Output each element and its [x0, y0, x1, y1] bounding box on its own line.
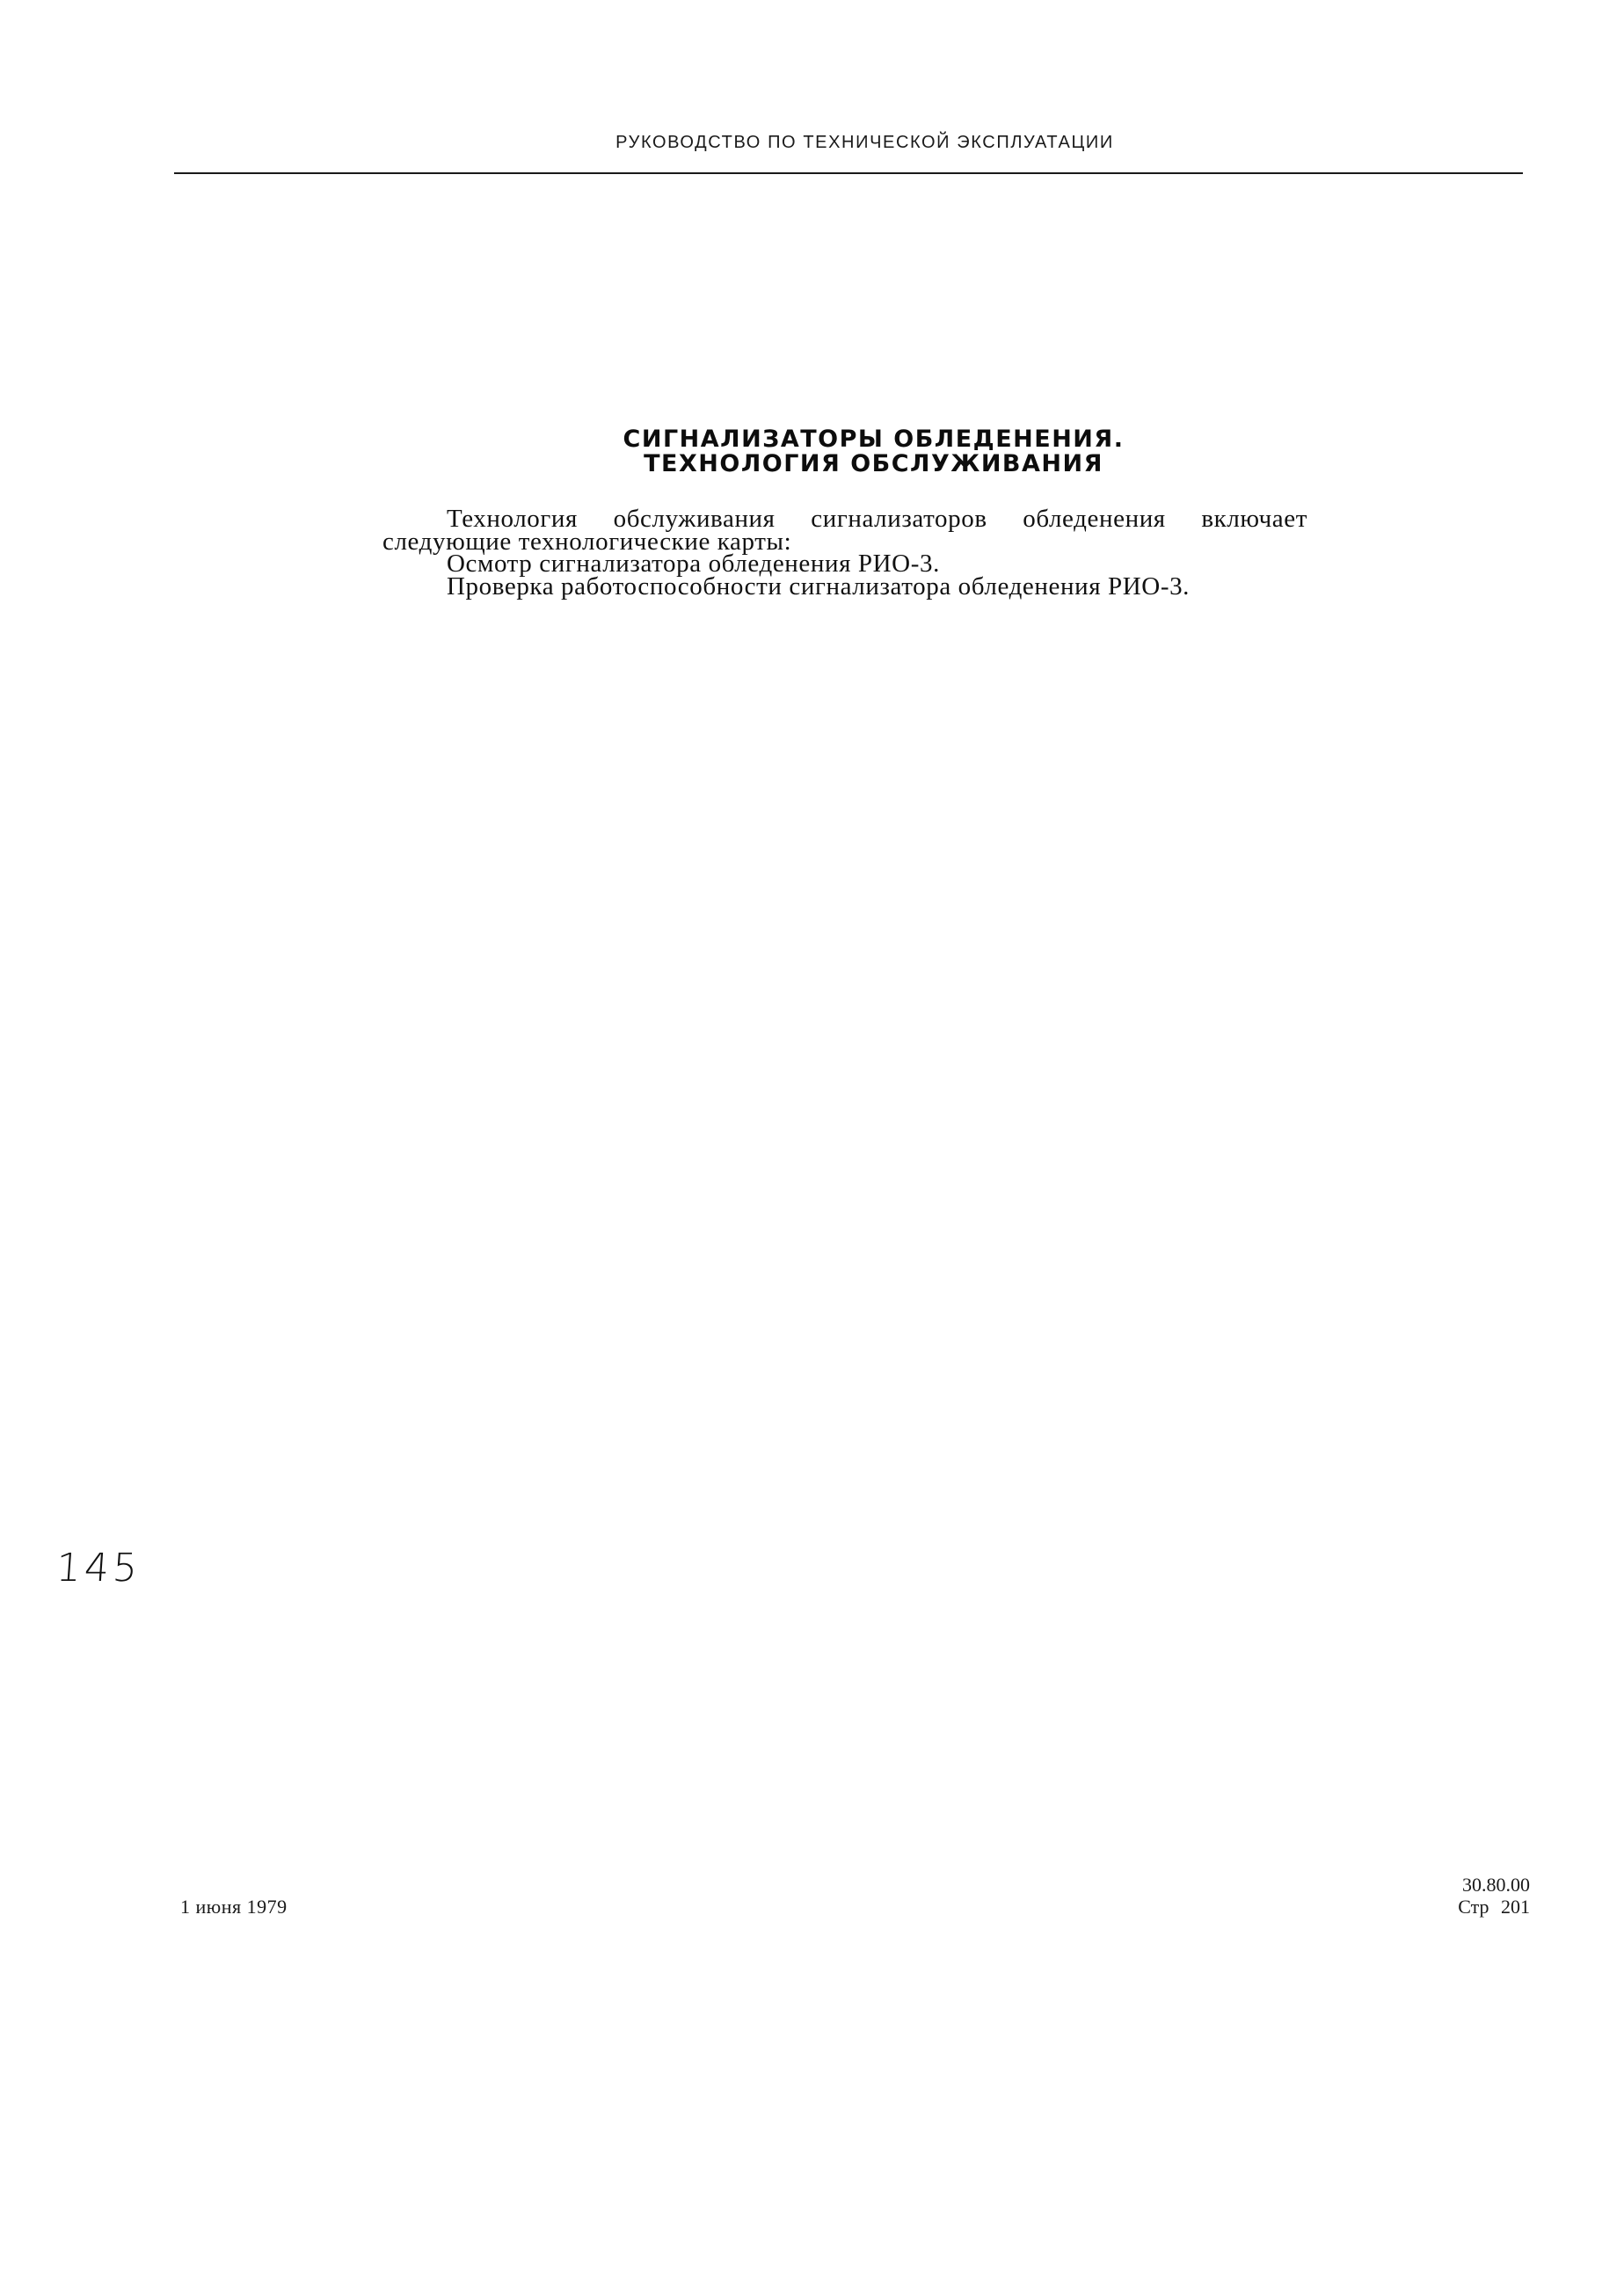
section-title-line-2: ТЕХНОЛОГИЯ ОБСЛУЖИВАНИЯ [123, 452, 1624, 477]
section-title: СИГНАЛИЗАТОРЫ ОБЛЕДЕНЕНИЯ. ТЕХНОЛОГИЯ ОБ… [0, 427, 1624, 477]
footer-page-info: 30.80.00 Стр 201 [1458, 1874, 1530, 1918]
page-number: Стр 201 [1458, 1896, 1530, 1918]
card-item: Проверка работоспособности сигнализатора… [382, 576, 1307, 599]
intro-paragraph: Технология обслуживания сигнализаторов о… [382, 508, 1307, 553]
handwritten-page-number: 145 [55, 1546, 142, 1591]
body-text: Технология обслуживания сигнализаторов о… [382, 508, 1307, 598]
header-divider [174, 172, 1523, 174]
section-title-line-1: СИГНАЛИЗАТОРЫ ОБЛЕДЕНЕНИЯ. [123, 427, 1624, 452]
running-header: РУКОВОДСТВО ПО ТЕХНИЧЕСКОЙ ЭКСПЛУАТАЦИИ [0, 133, 1624, 153]
footer-date: 1 июня 1979 [180, 1896, 288, 1918]
document-code: 30.80.00 [1458, 1874, 1530, 1896]
